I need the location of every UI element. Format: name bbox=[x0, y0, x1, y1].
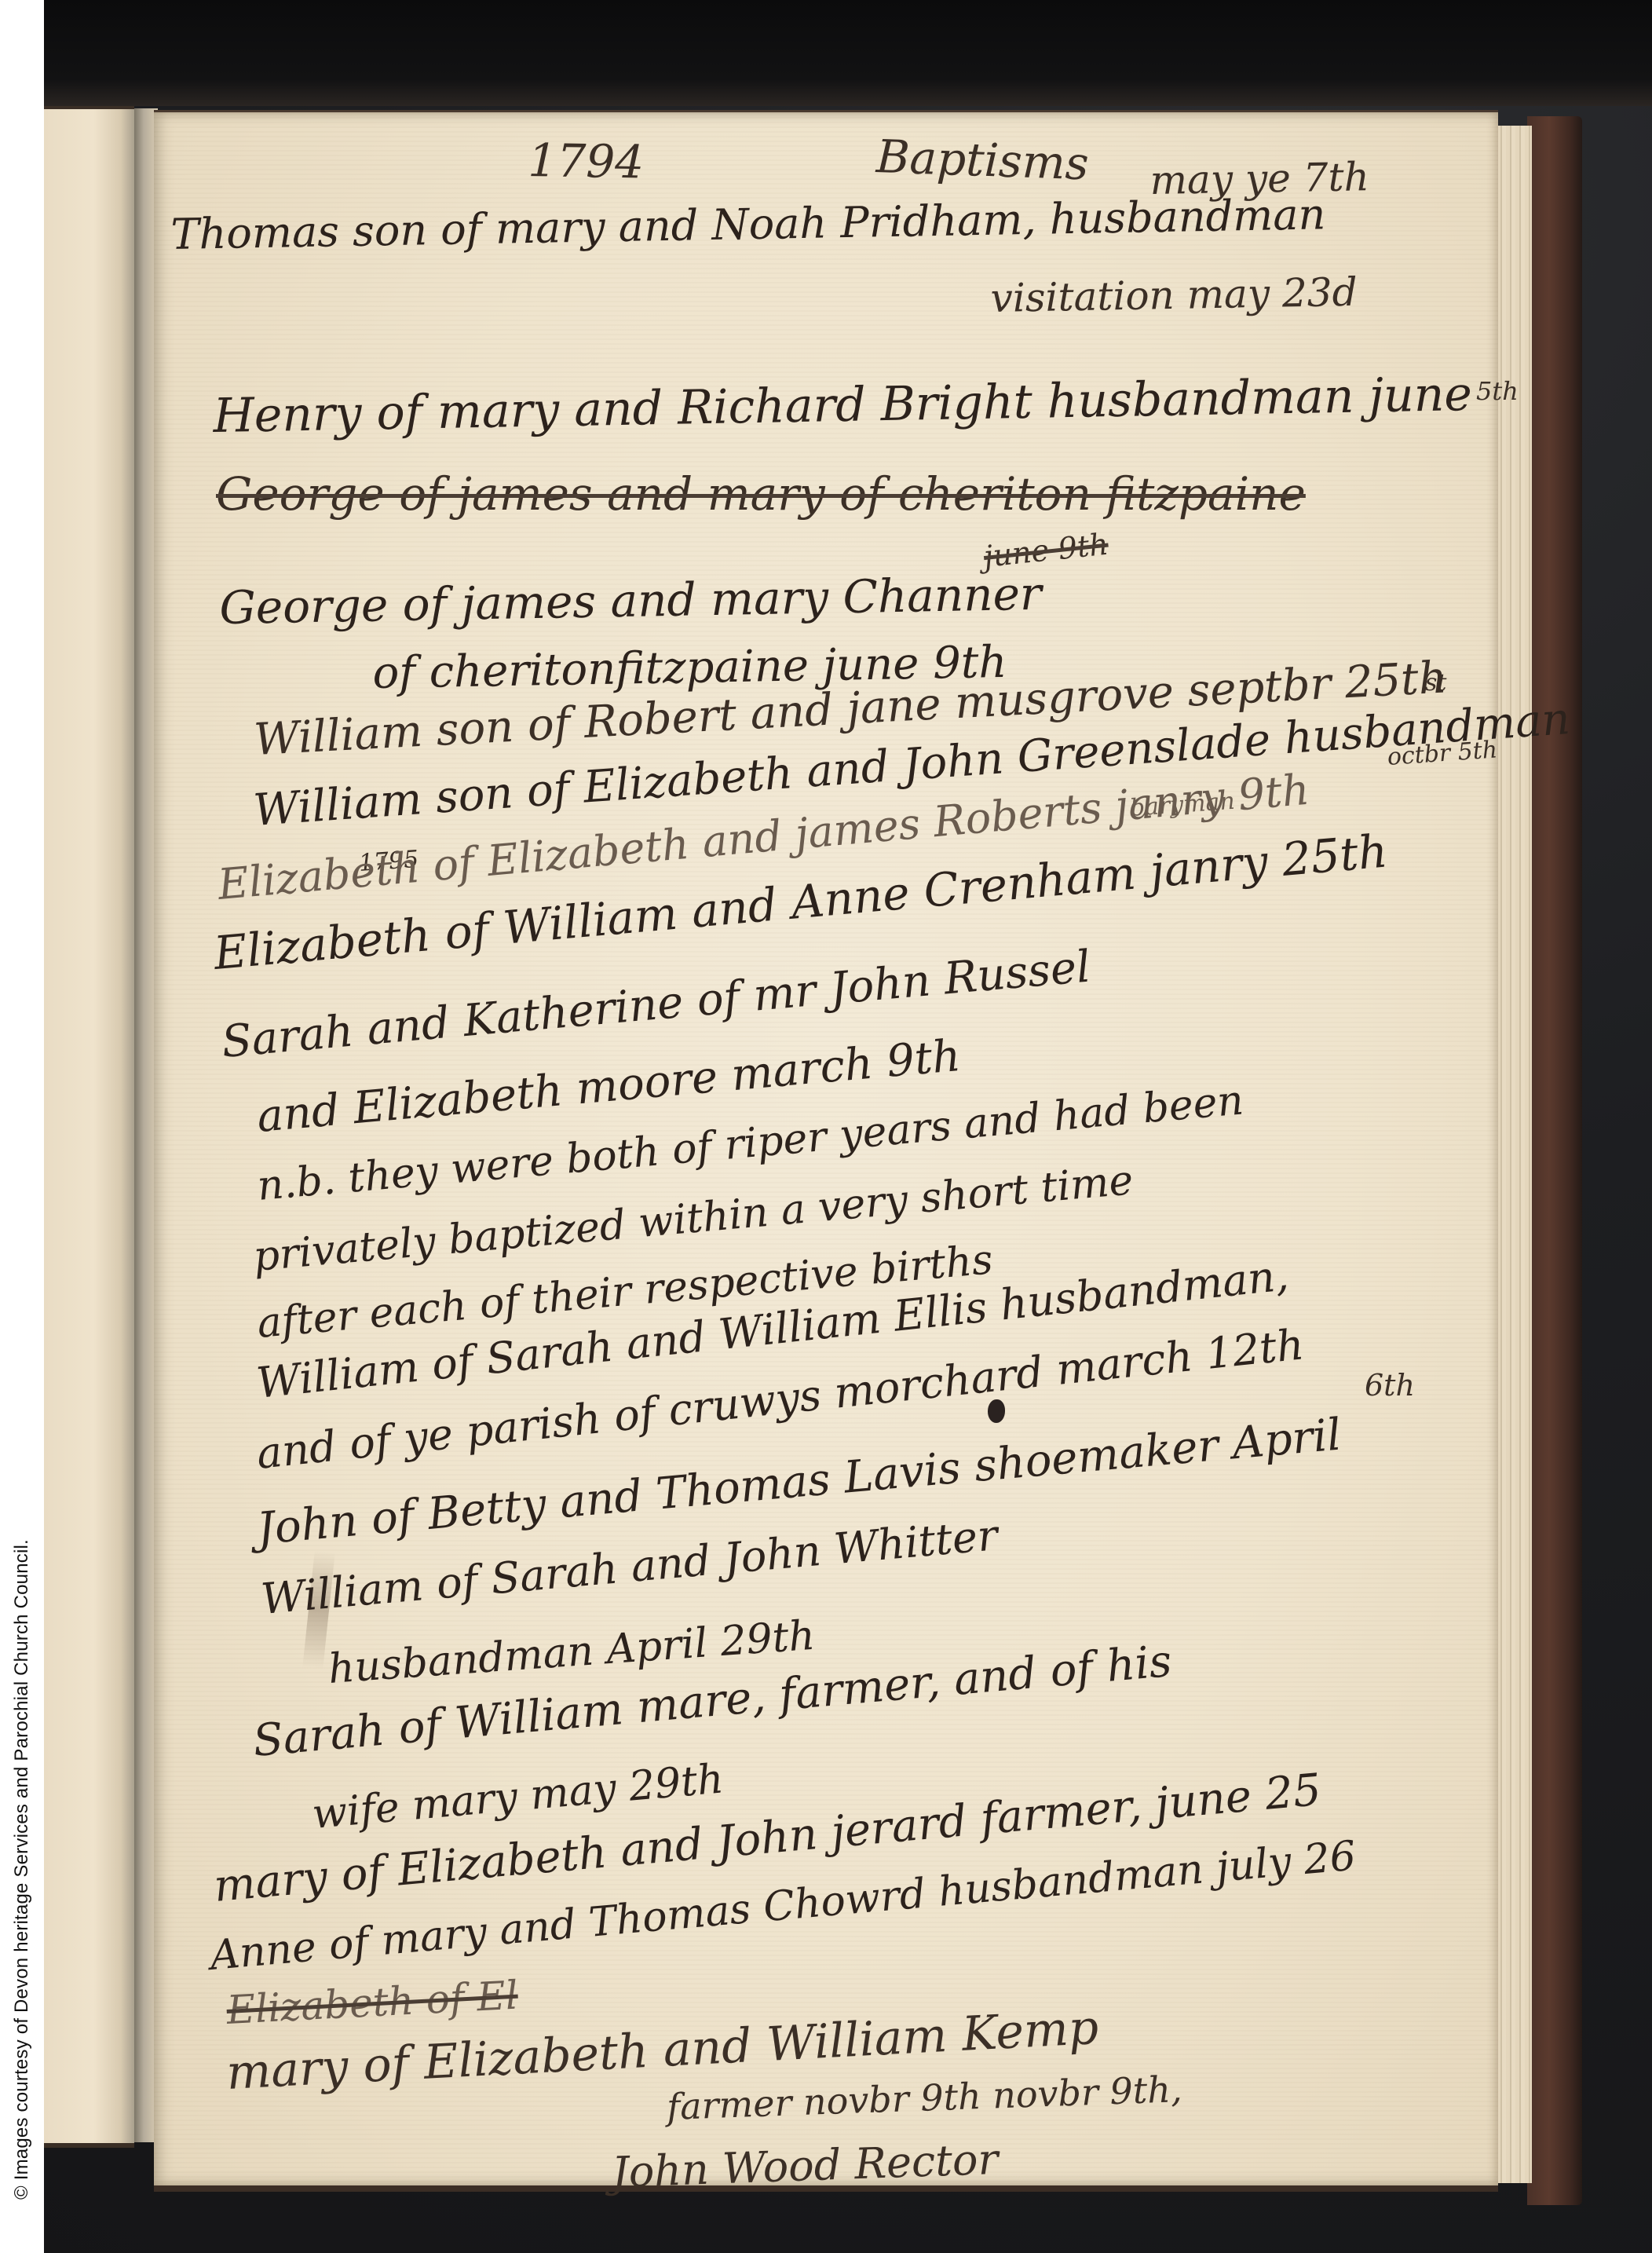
credit-strip: © Images courtesy of Devon heritage Serv… bbox=[0, 0, 44, 2253]
copyright-credit: © Images courtesy of Devon heritage Serv… bbox=[11, 1539, 33, 2200]
page-edges bbox=[1496, 126, 1532, 2183]
background-shadow bbox=[44, 0, 1652, 106]
entry-date: 5th bbox=[1476, 379, 1519, 404]
scanned-register-page: © Images courtesy of Devon heritage Serv… bbox=[0, 0, 1652, 2253]
entry-note: visitation may 23d bbox=[990, 272, 1358, 318]
leather-binding bbox=[1527, 116, 1582, 2205]
baptism-entry: George of james and mary Channer bbox=[219, 571, 1042, 631]
struck-entry: George of james and mary of cheriton fit… bbox=[216, 471, 1306, 517]
entry-date-sup: st bbox=[1425, 671, 1446, 695]
register-year: 1794 bbox=[528, 137, 645, 185]
register-title: Baptisms bbox=[875, 133, 1090, 186]
entry-date: 6th bbox=[1365, 1370, 1415, 1400]
rector-signature: John Wood Rector bbox=[611, 2138, 999, 2194]
facing-page-edge bbox=[44, 106, 134, 2148]
ink-blot bbox=[988, 1399, 1005, 1423]
